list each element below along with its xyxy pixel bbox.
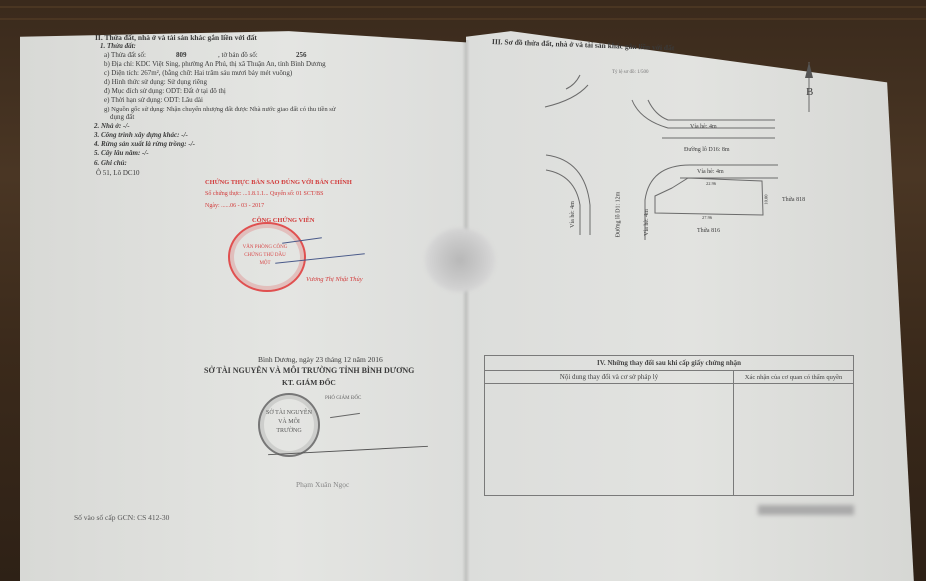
changes-authority-cell — [734, 384, 854, 496]
changes-col-content: Nội dung thay đổi và cơ sở pháp lý — [485, 371, 734, 384]
changes-table: IV. Những thay đổi sau khi cấp giấy chứn… — [484, 355, 854, 496]
neighbor-parcel-818: Thửa 818 — [782, 196, 805, 205]
road-d1-label: Đường lô D1: 12m — [614, 192, 623, 238]
changes-table-title: IV. Những thay đổi sau khi cấp giấy chứn… — [485, 356, 854, 371]
parcel-bottom-dimension: 27.96 — [702, 213, 712, 222]
north-label: B — [806, 88, 813, 97]
sidewalk-mid-label: Vỉa hè: 4m — [697, 168, 724, 177]
parcel-right-dimension: 10.00 — [762, 194, 771, 204]
parcel-top-dimension: 22.96 — [706, 179, 716, 188]
road-d16-label: Đường lô D16: 8m — [684, 146, 730, 155]
sidewalk-left-label: Vỉa hè: 4m — [569, 201, 578, 228]
north-arrow-icon — [805, 62, 813, 78]
sidewalk-top-label: Vỉa hè: 4m — [690, 123, 717, 132]
sidewalk-vertical-label: Vỉa hè: 4m — [643, 209, 652, 236]
changes-content-cell — [485, 384, 734, 496]
neighbor-parcel-816: Thửa 816 — [697, 227, 720, 236]
changes-col-authority: Xác nhận của cơ quan có thẩm quyền — [734, 371, 854, 384]
road-edge — [648, 100, 775, 120]
blurred-area — [758, 505, 854, 515]
